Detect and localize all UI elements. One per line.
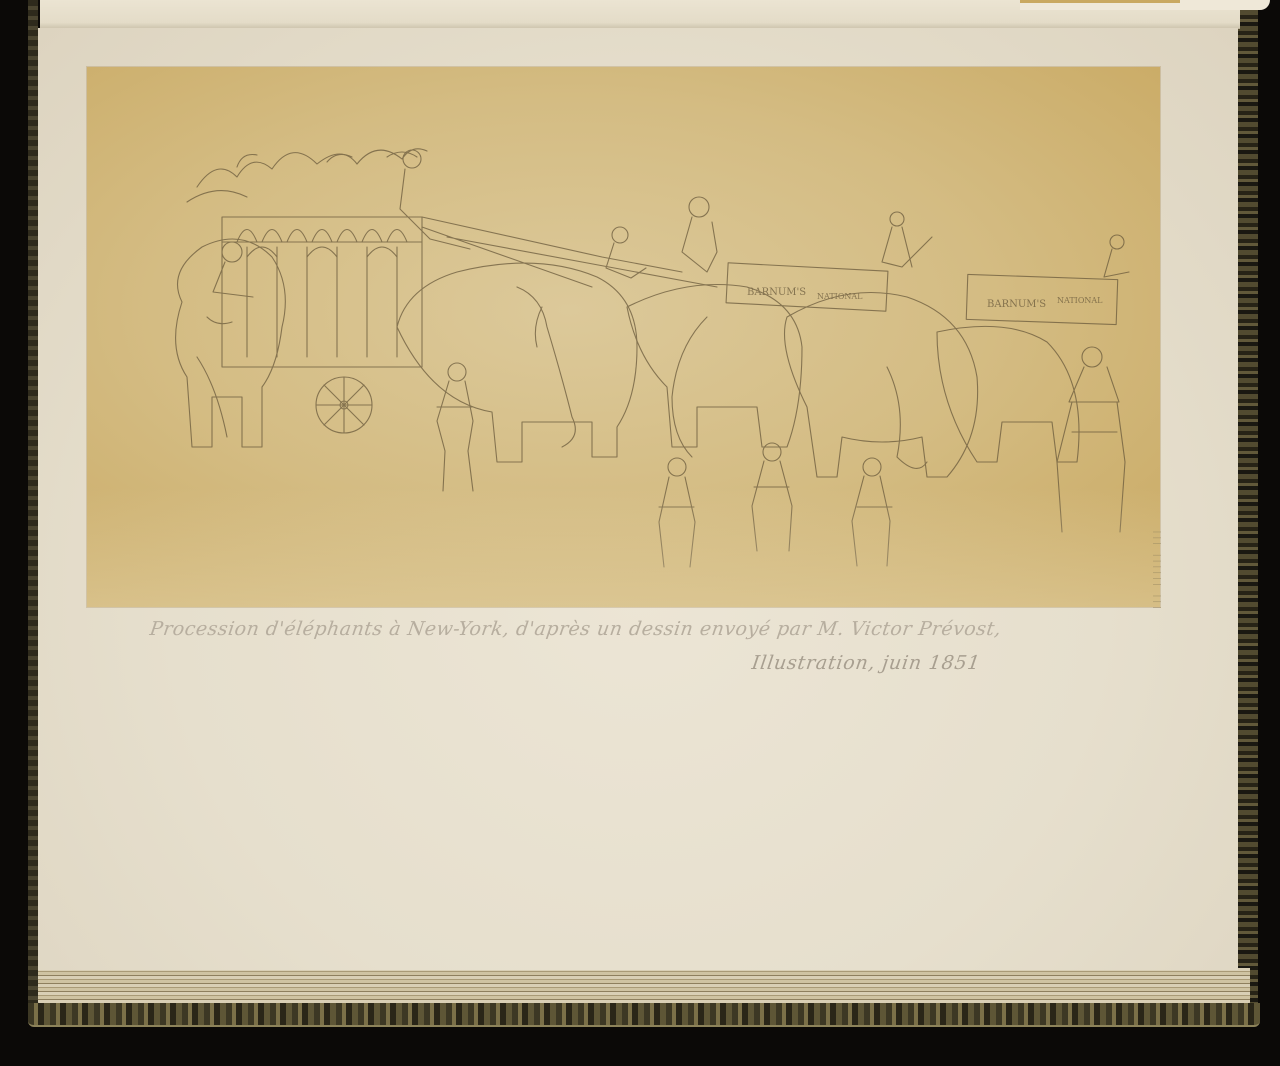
binding-left-edge — [28, 0, 38, 1010]
banner-text: NATIONAL — [1057, 296, 1103, 305]
banner-text: BARNUM'S — [987, 299, 1046, 310]
library-stamp: ||| |||||| ||| — [1152, 500, 1164, 610]
caption-source: Illustration, juin 1851 — [750, 652, 981, 674]
binding-bottom-edge — [28, 1003, 1260, 1027]
binding-right-edge — [1238, 10, 1258, 1020]
page-edges-stack — [38, 968, 1250, 1006]
page-tab-gold — [1020, 0, 1180, 3]
banner-text: BARNUM'S — [747, 287, 806, 298]
book-photograph: BARNUM'S NATIONAL BARNUM'S NATIONAL — [0, 0, 1280, 1066]
caption-title: Procession d'éléphants à New-York, d'apr… — [148, 618, 1031, 640]
tracing-paper-drawing: BARNUM'S NATIONAL BARNUM'S NATIONAL — [87, 67, 1160, 607]
pencil-sketch: BARNUM'S NATIONAL BARNUM'S NATIONAL — [87, 67, 1160, 607]
banner-text: NATIONAL — [817, 292, 863, 301]
